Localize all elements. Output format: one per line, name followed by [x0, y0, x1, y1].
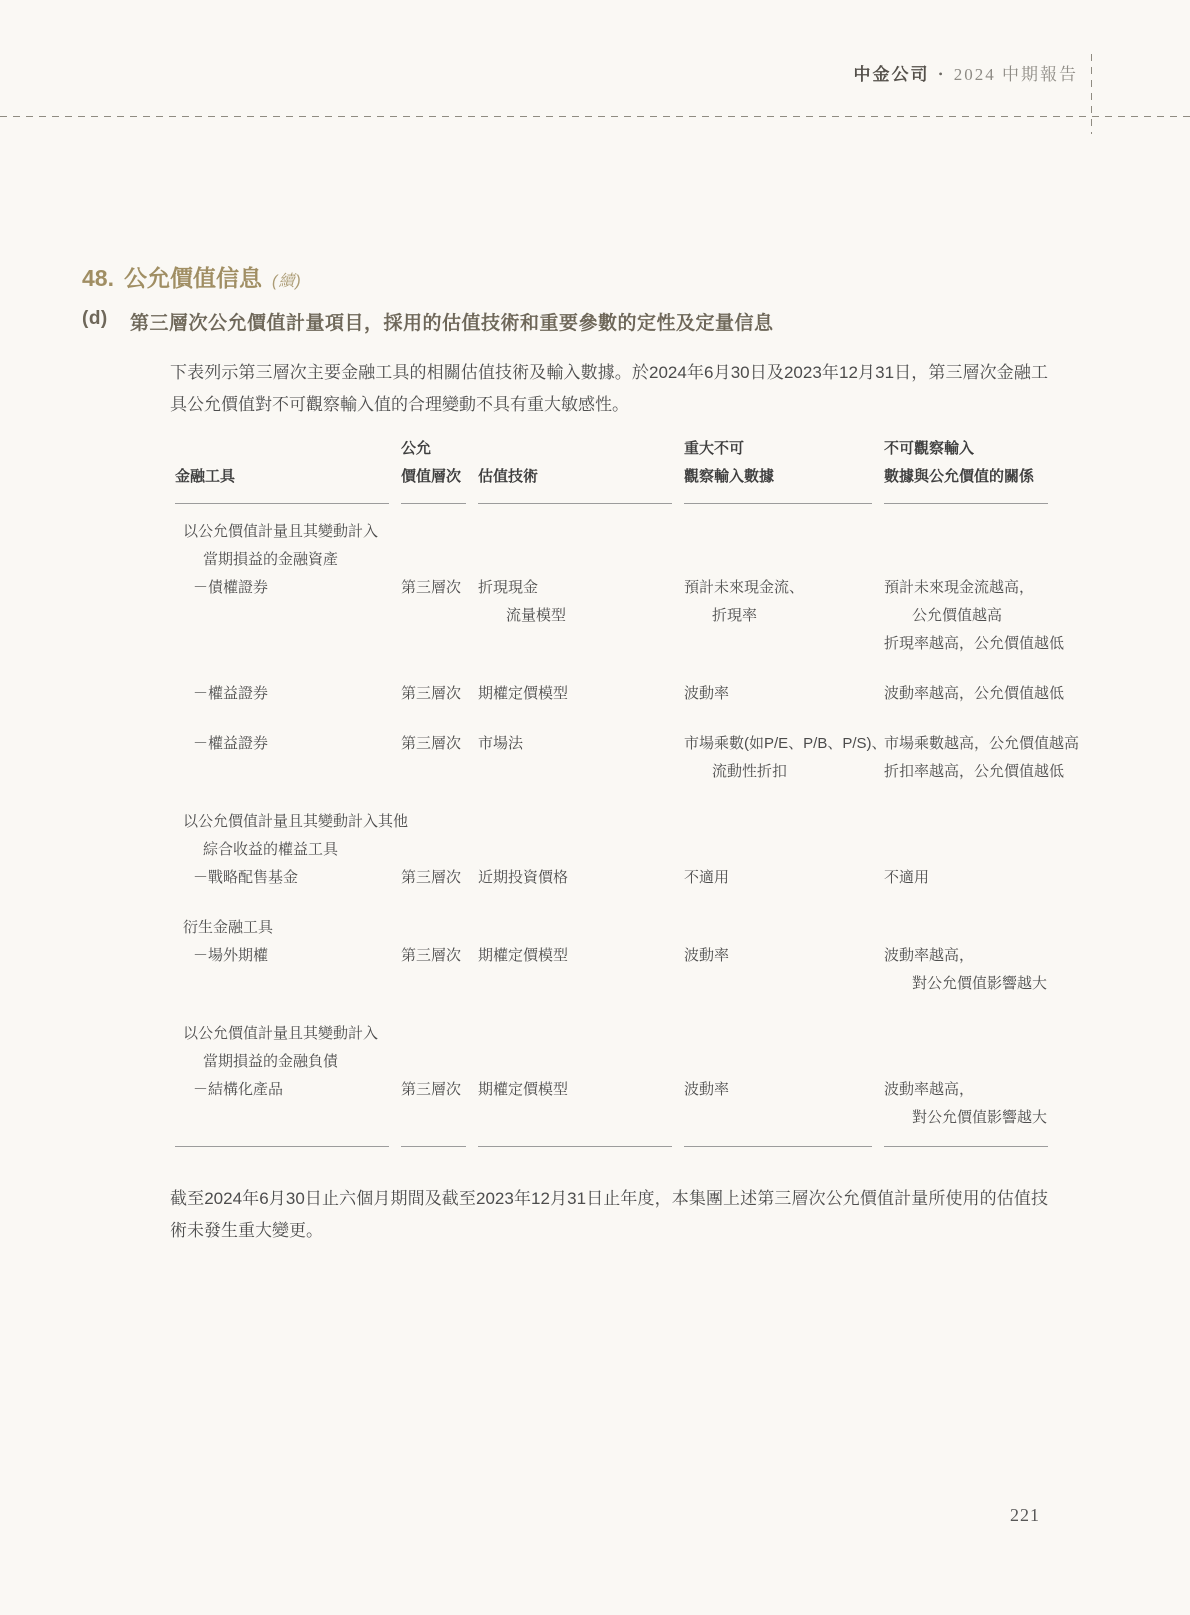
table-cell-3: 波動率: [684, 942, 872, 998]
table-cell-1: 第三層次: [401, 574, 466, 658]
header-line: 觀察輸入數據: [684, 463, 872, 491]
table-cell-2: 市場法: [478, 730, 672, 786]
table-row: －場外期權第三層次期權定價模型波動率波動率越高，對公允價值影響越大: [175, 942, 1048, 998]
cell-line: 折現率越高，公允價值越低: [884, 630, 1048, 658]
header-bullet-separator: •: [939, 67, 945, 81]
header-line: [478, 435, 672, 463]
cell-line: 期權定價模型: [478, 680, 672, 708]
cell-line: 期權定價模型: [478, 942, 672, 970]
table-cell-2: 期權定價模型: [478, 680, 672, 708]
group-label: 當期損益的金融資產: [175, 546, 1048, 574]
table-cell-4: 波動率越高，公允價值越低: [884, 680, 1048, 708]
cell-line: 折現現金: [478, 574, 672, 602]
rule-segment: [478, 1146, 672, 1147]
cell-line: 市場乘數(如P/E、P/B、P/S)、: [684, 730, 872, 758]
cell-line: 波動率越高，: [884, 942, 1048, 970]
company-name: 中金公司: [854, 65, 930, 84]
header-cell-2: 估值技術: [478, 435, 672, 504]
table-cell-3: 波動率: [684, 1076, 872, 1132]
vertical-dashed-rule: [1091, 54, 1092, 134]
valuation-table: 金融工具公允價值層次 估值技術重大不可觀察輸入數據不可觀察輸入數據與公允價值的關…: [175, 435, 1048, 1147]
table-section: 以公允價值計量且其變動計入當期損益的金融負債－結構化產品第三層次期權定價模型波動…: [175, 1020, 1048, 1132]
table-header-row: 金融工具公允價值層次 估值技術重大不可觀察輸入數據不可觀察輸入數據與公允價值的關…: [175, 435, 1048, 504]
group-label: 綜合收益的權益工具: [175, 836, 1048, 864]
header-line: [175, 435, 389, 463]
table-section: 以公允價值計量且其變動計入其他綜合收益的權益工具－戰略配售基金第三層次近期投資價…: [175, 808, 1048, 892]
table-cell-0: －戰略配售基金: [175, 864, 389, 892]
cell-line: 第三層次: [401, 574, 466, 602]
cell-line: 不適用: [684, 864, 872, 892]
header-line: 數據與公允價值的關係: [884, 463, 1048, 491]
table-cell-4: 預計未來現金流越高，公允價值越高折現率越高，公允價值越低: [884, 574, 1048, 658]
running-header: 中金公司•2024 中期報告: [854, 60, 1078, 85]
header-cell-4: 不可觀察輸入數據與公允價值的關係: [884, 435, 1048, 504]
table-cell-4: 波動率越高，對公允價值影響越大: [884, 1076, 1048, 1132]
table-cell-4: 不適用: [884, 864, 1048, 892]
cell-line: 波動率: [684, 1076, 872, 1104]
group-label: 當期損益的金融負債: [175, 1048, 1048, 1076]
cell-line: 對公允價值影響越大: [884, 970, 1048, 998]
rule-segment: [401, 1146, 466, 1147]
header-line: 不可觀察輸入: [884, 435, 1048, 463]
cell-line: 對公允價值影響越大: [884, 1104, 1048, 1132]
rule-segment: [175, 1146, 389, 1147]
header-line: 重大不可: [684, 435, 872, 463]
table-cell-0: －債權證券: [175, 574, 389, 658]
header-cell-1: 公允價值層次: [401, 435, 466, 504]
table-cell-3: 不適用: [684, 864, 872, 892]
table-cell-1: 第三層次: [401, 680, 466, 708]
table-section: 衍生金融工具－場外期權第三層次期權定價模型波動率波動率越高，對公允價值影響越大: [175, 914, 1048, 998]
cell-line: 波動率越高，: [884, 1076, 1048, 1104]
cell-line: －債權證券: [175, 574, 389, 602]
closing-paragraph: 截至2024年6月30日止六個月期間及截至2023年12月31日止年度，本集團上…: [170, 1183, 1048, 1247]
cell-line: 流動性折扣: [684, 758, 872, 786]
report-title: 2024 中期報告: [954, 65, 1078, 84]
table-cell-4: 市場乘數越高，公允價值越高折扣率越高，公允價值越低: [884, 730, 1048, 786]
cell-line: －場外期權: [175, 942, 389, 970]
table-cell-1: 第三層次: [401, 942, 466, 998]
rule-segment: [684, 1146, 872, 1147]
header-line: 價值層次: [401, 463, 466, 491]
table-cell-2: 折現現金流量模型: [478, 574, 672, 658]
cell-line: 波動率越高，公允價值越低: [884, 680, 1048, 708]
section-title: 公允價值信息: [124, 260, 262, 293]
table-row: －權益證券第三層次市場法市場乘數(如P/E、P/B、P/S)、流動性折扣市場乘數…: [175, 730, 1048, 786]
header-cell-3: 重大不可觀察輸入數據: [684, 435, 872, 504]
section-number: 48.: [82, 265, 114, 292]
cell-line: 公允價值越高: [884, 602, 1048, 630]
group-label: 衍生金融工具: [175, 914, 1048, 942]
cell-line: 預計未來現金流、: [684, 574, 872, 602]
cell-line: －權益證券: [175, 730, 389, 758]
cell-line: 不適用: [884, 864, 1048, 892]
header-line: 金融工具: [175, 463, 389, 491]
table-row: －結構化產品第三層次期權定價模型波動率波動率越高，對公允價值影響越大: [175, 1076, 1048, 1132]
cell-line: 近期投資價格: [478, 864, 672, 892]
table-cell-2: 近期投資價格: [478, 864, 672, 892]
group-label: 以公允價值計量且其變動計入其他: [175, 808, 1048, 836]
table-cell-3: 預計未來現金流、折現率: [684, 574, 872, 658]
section-heading: 48. 公允價值信息 (續): [82, 260, 1048, 293]
subsection-title: 第三層次公允價值計量項目，採用的估值技術和重要參數的定性及定量信息: [130, 308, 774, 335]
table-cell-2: 期權定價模型: [478, 942, 672, 998]
header-line: 估值技術: [478, 463, 672, 491]
table-row: －債權證券第三層次折現現金流量模型預計未來現金流、折現率預計未來現金流越高，公允…: [175, 574, 1048, 658]
rule-segment: [884, 1146, 1048, 1147]
cell-line: 市場乘數越高，公允價值越高: [884, 730, 1048, 758]
group-label: 以公允價值計量且其變動計入: [175, 518, 1048, 546]
cell-line: 波動率: [684, 942, 872, 970]
group-label: 以公允價值計量且其變動計入: [175, 1020, 1048, 1048]
table-cell-0: －結構化產品: [175, 1076, 389, 1132]
report-page: 中金公司•2024 中期報告 48. 公允價值信息 (續) (d) 第三層次公允…: [0, 0, 1190, 1615]
cell-line: －結構化產品: [175, 1076, 389, 1104]
header-cell-0: 金融工具: [175, 435, 389, 504]
table-bottom-rule: [175, 1146, 1048, 1147]
subsection-label: (d): [82, 308, 130, 335]
horizontal-dashed-rule: [0, 116, 1190, 117]
section-title-suffix: (續): [272, 268, 302, 291]
table-row: －權益證券第三層次期權定價模型波動率波動率越高，公允價值越低: [175, 680, 1048, 708]
cell-line: 期權定價模型: [478, 1076, 672, 1104]
table-cell-0: －權益證券: [175, 680, 389, 708]
table-cell-3: 波動率: [684, 680, 872, 708]
table-cell-1: 第三層次: [401, 1076, 466, 1132]
cell-line: 預計未來現金流越高，: [884, 574, 1048, 602]
cell-line: 第三層次: [401, 680, 466, 708]
table-cell-3: 市場乘數(如P/E、P/B、P/S)、流動性折扣: [684, 730, 872, 786]
table-cell-4: 波動率越高，對公允價值影響越大: [884, 942, 1048, 998]
cell-line: 波動率: [684, 680, 872, 708]
cell-line: 第三層次: [401, 942, 466, 970]
subsection-heading: (d) 第三層次公允價值計量項目，採用的估值技術和重要參數的定性及定量信息: [82, 308, 1048, 335]
cell-line: 第三層次: [401, 730, 466, 758]
intro-paragraph: 下表列示第三層次主要金融工具的相關估值技術及輸入數據。於2024年6月30日及2…: [170, 357, 1048, 421]
table-cell-1: 第三層次: [401, 730, 466, 786]
table-cell-2: 期權定價模型: [478, 1076, 672, 1132]
table-cell-0: －權益證券: [175, 730, 389, 786]
cell-line: 折扣率越高，公允價值越低: [884, 758, 1048, 786]
table-cell-0: －場外期權: [175, 942, 389, 998]
cell-line: 市場法: [478, 730, 672, 758]
cell-line: 第三層次: [401, 864, 466, 892]
table-cell-1: 第三層次: [401, 864, 466, 892]
table-row: －戰略配售基金第三層次近期投資價格不適用不適用: [175, 864, 1048, 892]
cell-line: 折現率: [684, 602, 872, 630]
cell-line: 第三層次: [401, 1076, 466, 1104]
table-body: 以公允價值計量且其變動計入當期損益的金融資產－債權證券第三層次折現現金流量模型預…: [175, 518, 1048, 1132]
page-number: 221: [1010, 1505, 1040, 1526]
header-line: 公允: [401, 435, 466, 463]
cell-line: －權益證券: [175, 680, 389, 708]
cell-line: －戰略配售基金: [175, 864, 389, 892]
table-section: 以公允價值計量且其變動計入當期損益的金融資產－債權證券第三層次折現現金流量模型預…: [175, 518, 1048, 786]
page-content: 48. 公允價值信息 (續) (d) 第三層次公允價值計量項目，採用的估值技術和…: [82, 260, 1048, 1247]
cell-line: 流量模型: [478, 602, 672, 630]
